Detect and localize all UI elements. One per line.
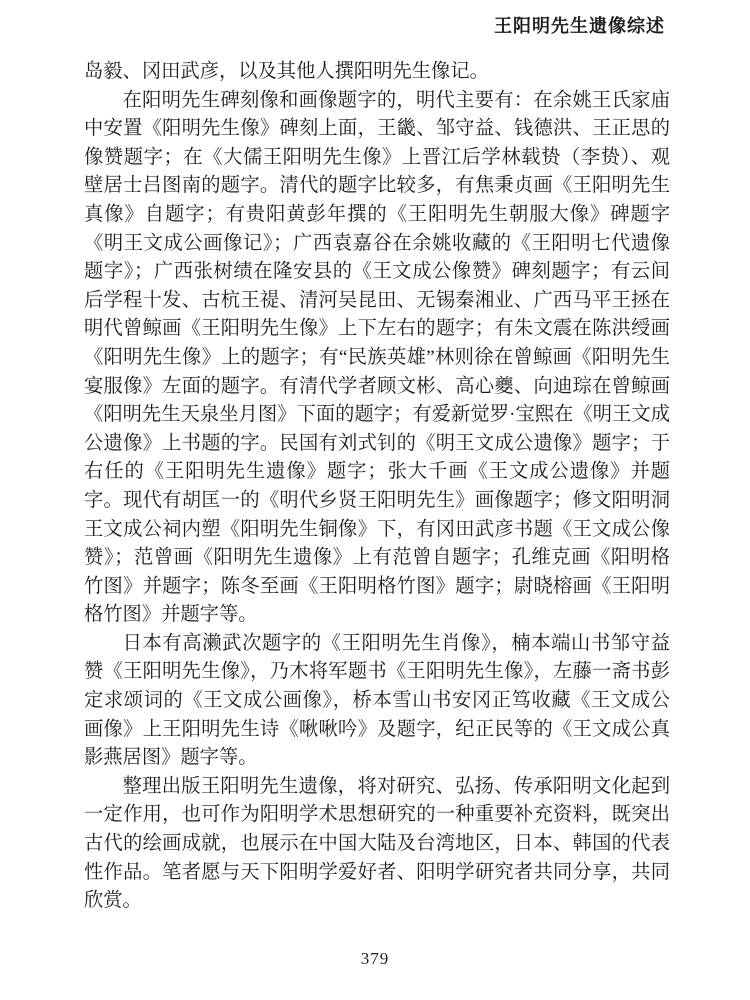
page-number: 379 xyxy=(0,949,750,969)
running-header-title: 王阳明先生遗像综述 xyxy=(494,12,665,38)
paragraph: 整理出版王阳明先生遗像，将对研究、弘扬、传承阳明文化起到一定作用，也可作为阳明学… xyxy=(84,773,670,916)
paragraph-continuation: 岛毅、冈田武彦，以及其他人撰阳明先生像记。 xyxy=(84,58,670,87)
document-page: 王阳明先生遗像综述 岛毅、冈田武彦，以及其他人撰阳明先生像记。 在阳明先生碑刻像… xyxy=(0,0,750,1000)
paragraph: 在阳明先生碑刻像和画像题字的，明代主要有：在余姚王氏家庙中安置《阳明先生像》碑刻… xyxy=(84,87,670,630)
paragraph: 日本有高濑武次题字的《王阳明先生肖像》，楠本端山书邹守益赞《王阳明先生像》，乃木… xyxy=(84,630,670,773)
article-body: 岛毅、冈田武彦，以及其他人撰阳明先生像记。 在阳明先生碑刻像和画像题字的，明代主… xyxy=(84,58,670,916)
